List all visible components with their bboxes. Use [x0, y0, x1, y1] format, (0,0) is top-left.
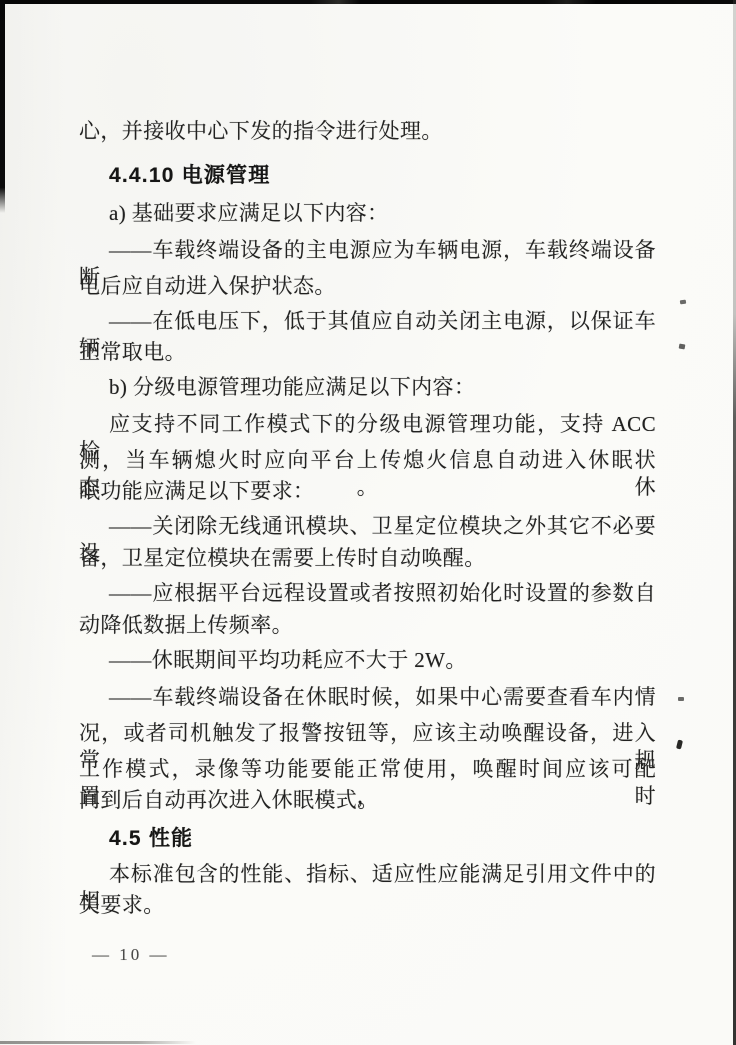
scan-speck [678, 697, 684, 701]
scan-edge-left [0, 0, 5, 213]
text-line: 心，并接收中心下发的指令进行处理。 [79, 118, 656, 145]
section-heading: 4.4.10 电源管理 [79, 162, 656, 189]
text-line: 动降低数据上传频率。 [79, 612, 656, 639]
scan-edge-bottom [0, 1041, 196, 1044]
text-line: ——休眠期间平均功耗应不大于 2W。 [79, 647, 656, 674]
scan-speck [679, 344, 686, 350]
text-line: 关要求。 [79, 892, 656, 919]
scanned-document-page: 心，并接收中心下发的指令进行处理。 4.4.10 电源管理 a) 基础要求应满足… [0, 0, 736, 1045]
text-line: 电后应自动进入保护状态。 [79, 273, 656, 300]
scan-edge-top [0, 0, 736, 4]
scan-speck [676, 740, 683, 750]
text-line: ——应根据平台远程设置或者按照初始化时设置的参数自 [79, 580, 656, 607]
scan-speck [680, 300, 686, 305]
text-line: 间到后自动再次进入休眠模式。 [79, 787, 656, 814]
text-line: ——车载终端设备在休眠时候，如果中心需要查看车内情 [79, 684, 656, 711]
text-line: 正常取电。 [79, 339, 656, 366]
text-line: b) 分级电源管理功能应满足以下内容： [79, 374, 656, 401]
page-number: — 10 — [92, 945, 170, 965]
text-line: 备，卫星定位模块在需要上传时自动唤醒。 [79, 545, 656, 572]
text-line: a) 基础要求应满足以下内容： [79, 200, 656, 227]
section-heading: 4.5 性能 [79, 825, 656, 852]
text-line: 眠功能应满足以下要求： [79, 478, 656, 505]
